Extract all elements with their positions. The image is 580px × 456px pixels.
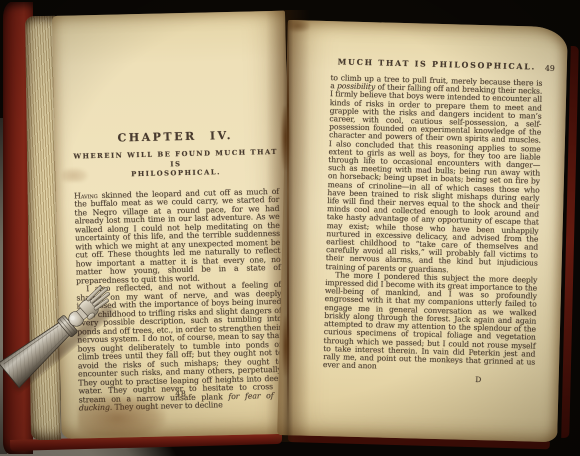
body-paragraph: The more I pondered this subject the mor… [323, 271, 538, 375]
book-photo: CHAPTER IV. WHEREIN WILL BE FOUND MUCH T… [0, 0, 580, 456]
chapter-subtitle: WHEREIN WILL BE FOUND MUCH THAT IS PHILO… [73, 148, 279, 181]
running-header-text: MUCH THAT IS PHILOSOPHICAL. [338, 57, 537, 71]
page-number-right: 49 [545, 64, 555, 73]
silver-hand-bookmark [0, 238, 150, 398]
running-header: MUCH THAT IS PHILOSOPHICAL. 49 [331, 57, 543, 72]
signature-mark: D [475, 375, 535, 386]
body-paragraph: to climb up a tree to pull fruit, merely… [325, 74, 542, 276]
right-page-content: MUCH THAT IS PHILOSOPHICAL. 49 to climb … [323, 57, 543, 386]
chapter-heading: CHAPTER IV. [73, 128, 278, 146]
right-page: MUCH THAT IS PHILOSOPHICAL. 49 to climb … [277, 20, 568, 442]
